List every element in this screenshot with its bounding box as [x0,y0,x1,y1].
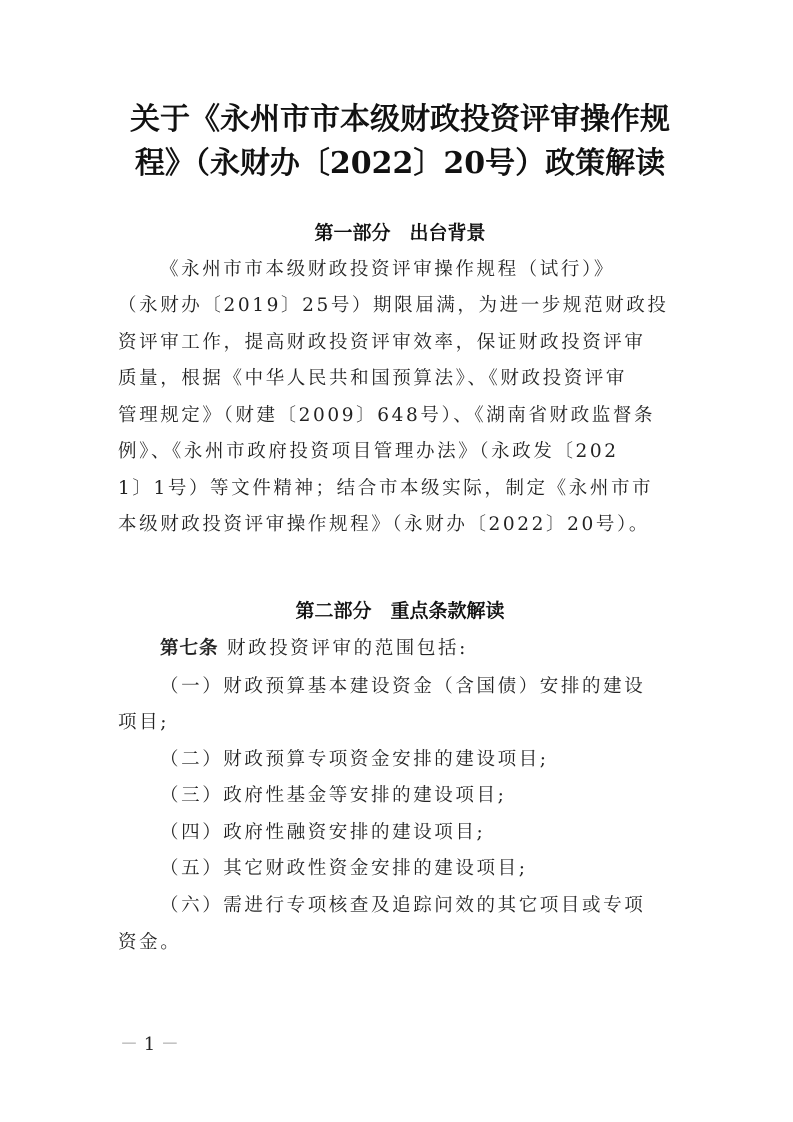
title-line-2: 程》（永财办〔2022〕20号）政策解读 [100,142,700,186]
scope-item-1: （一）财政预算基本建设资金（含国债）安排的建设 [160,674,740,700]
scope-item-4: （四）政府性融资安排的建设项目; [160,820,740,846]
part1-line: 质量，根据《中华人民共和国预算法》、《财政投资评审 [118,366,698,392]
part1-line: 例》、《永州市政府投资项目管理办法》（永政发〔202 [118,439,698,465]
page-dash-left: － [120,1034,138,1055]
title-line-1: 关于《永州市市本级财政投资评审操作规 [100,98,700,142]
part1-heading: 第一部分 出台背景 [100,220,700,246]
part1-line: 1〕1号）等文件精神；结合市本级实际，制定《永州市市 [118,476,698,502]
document-title: 关于《永州市市本级财政投资评审操作规 程》（永财办〔2022〕20号）政策解读 [100,98,700,186]
page-number-value: 1 [144,1034,155,1055]
part1-line: 本级财政投资评审操作规程》（永财办〔2022〕20号）。 [118,512,698,538]
article-label: 第七条 [160,638,219,659]
page-number: － 1 － [120,1030,179,1056]
part1-line: （永财办〔2019〕25号）期限届满，为进一步规范财政投 [118,293,698,319]
article-text: 财政投资评审的范围包括: [227,638,468,659]
part1-line: 《永州市市本级财政投资评审操作规程（试行）》 [160,257,740,283]
scope-item-5: （五）其它财政性资金安排的建设项目; [160,856,740,882]
article-7: 第七条 财政投资评审的范围包括: [160,636,740,662]
part2-heading: 第二部分 重点条款解读 [100,598,700,624]
document-page: 关于《永州市市本级财政投资评审操作规 程》（永财办〔2022〕20号）政策解读 … [0,0,793,1122]
part1-line: 资评审工作，提高财政投资评审效率，保证财政投资评审 [118,330,698,356]
page-dash-right: － [161,1034,179,1055]
scope-item-3: （三）政府性基金等安排的建设项目; [160,783,740,809]
part1-line: 管理规定》（财建〔2009〕648号）、《湖南省财政监督条 [118,403,698,429]
scope-item-6: （六）需进行专项核查及追踪问效的其它项目或专项 [160,893,740,919]
scope-item-6-cont: 资金。 [118,930,698,956]
scope-item-1-cont: 项目; [118,710,698,736]
scope-item-2: （二）财政预算专项资金安排的建设项目; [160,747,740,773]
